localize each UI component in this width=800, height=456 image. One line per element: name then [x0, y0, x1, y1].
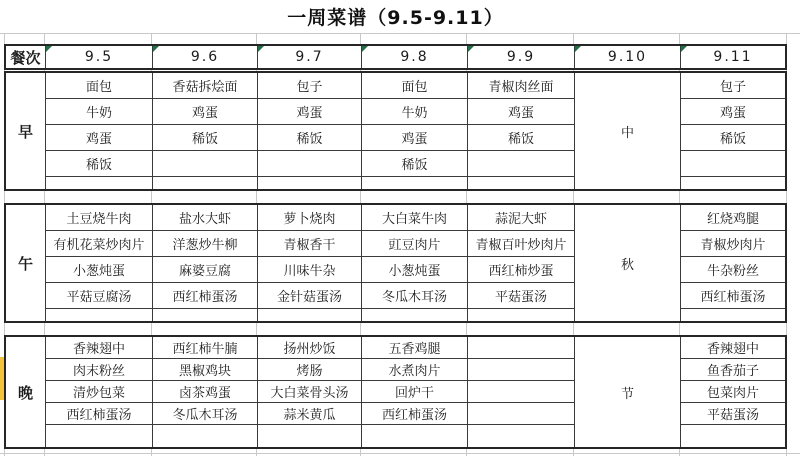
menu-cell[interactable]: 豇豆肉片 [362, 231, 468, 257]
lunch-block: 午秋土豆烧牛肉盐水大虾萝卜烧肉大白菜牛肉蒜泥大虾红烧鸡腿有机花菜炒肉片洋葱炒牛柳… [4, 203, 787, 323]
menu-cell[interactable] [258, 425, 362, 447]
breakfast-block: 早中面包香菇拆烩面包子面包青椒肉丝面包子牛奶鸡蛋鸡蛋牛奶鸡蛋鸡蛋鸡蛋稀饭稀饭鸡蛋… [4, 71, 787, 191]
menu-cell[interactable]: 包菜肉片 [681, 381, 785, 403]
menu-cell[interactable]: 萝卜烧肉 [258, 205, 362, 231]
menu-cell[interactable]: 水煮肉片 [362, 359, 468, 381]
menu-cell[interactable]: 香菇拆烩面 [153, 73, 258, 99]
header-row: 餐次9.59.69.79.89.99.109.11 [4, 44, 787, 70]
menu-cell[interactable]: 麻婆豆腐 [153, 257, 258, 283]
date-header-cell[interactable]: 9.8 [362, 46, 468, 68]
menu-cell[interactable]: 鸡蛋 [153, 99, 258, 125]
date-header-cell[interactable]: 9.10 [575, 46, 681, 68]
meal-col-header-cell[interactable]: 餐次 [6, 46, 46, 68]
date-header-cell[interactable]: 9.9 [468, 46, 575, 68]
error-indicator-icon [46, 46, 52, 52]
menu-cell[interactable]: 鸡蛋 [46, 125, 153, 151]
menu-cell[interactable]: 五香鸡腿 [362, 337, 468, 359]
menu-cell[interactable] [153, 177, 258, 189]
menu-cell[interactable]: 西红柿蛋汤 [362, 403, 468, 425]
menu-cell[interactable]: 稀饭 [362, 151, 468, 177]
menu-cell[interactable]: 川味牛杂 [258, 257, 362, 283]
menu-cell[interactable]: 回炉干 [362, 381, 468, 403]
menu-cell[interactable]: 盐水大虾 [153, 205, 258, 231]
menu-cell[interactable]: 鱼香茄子 [681, 359, 785, 381]
menu-cell[interactable]: 牛奶 [46, 99, 153, 125]
menu-cell[interactable]: 面包 [46, 73, 153, 99]
menu-cell[interactable]: 稀饭 [681, 125, 785, 151]
menu-cell[interactable]: 大白菜牛肉 [362, 205, 468, 231]
menu-cell[interactable]: 肉末粉丝 [46, 359, 153, 381]
menu-cell[interactable]: 小葱炖蛋 [46, 257, 153, 283]
error-indicator-icon [681, 46, 687, 52]
menu-cell[interactable] [153, 151, 258, 177]
menu-cell[interactable] [681, 151, 785, 177]
menu-cell[interactable] [681, 425, 785, 447]
menu-cell[interactable]: 小葱炖蛋 [362, 257, 468, 283]
menu-cell[interactable]: 平菇蛋汤 [681, 403, 785, 425]
date-header-cell[interactable]: 9.11 [681, 46, 785, 68]
menu-cell[interactable]: 西红柿蛋汤 [681, 283, 785, 309]
menu-cell[interactable] [46, 309, 153, 321]
menu-cell[interactable]: 青椒香干 [258, 231, 362, 257]
menu-cell[interactable]: 牛奶 [362, 99, 468, 125]
menu-cell[interactable]: 香辣翅中 [681, 337, 785, 359]
menu-cell[interactable]: 有机花菜炒肉片 [46, 231, 153, 257]
menu-cell[interactable] [258, 151, 362, 177]
date-header-cell[interactable]: 9.5 [46, 46, 153, 68]
error-indicator-icon [575, 46, 581, 52]
menu-cell[interactable]: 鸡蛋 [362, 125, 468, 151]
menu-cell[interactable]: 红烧鸡腿 [681, 205, 785, 231]
date-header-cell[interactable]: 9.6 [153, 46, 258, 68]
menu-cell[interactable]: 扬州炒饭 [258, 337, 362, 359]
menu-cell[interactable]: 面包 [362, 73, 468, 99]
menu-cell[interactable]: 大白菜骨头汤 [258, 381, 362, 403]
menu-cell[interactable] [153, 309, 258, 321]
menu-cell[interactable]: 卤茶鸡蛋 [153, 381, 258, 403]
menu-cell[interactable] [468, 337, 575, 359]
error-indicator-icon [258, 46, 264, 52]
menu-cell[interactable]: 土豆烧牛肉 [46, 205, 153, 231]
menu-cell[interactable]: 鸡蛋 [681, 99, 785, 125]
menu-cell[interactable]: 冬瓜木耳汤 [362, 283, 468, 309]
menu-cell[interactable] [258, 309, 362, 321]
error-indicator-icon [362, 46, 368, 52]
menu-cell[interactable]: 鸡蛋 [468, 99, 575, 125]
menu-cell[interactable]: 牛杂粉丝 [681, 257, 785, 283]
spreadsheet: 一周菜谱（9.5-9.11） 餐次9.59.69.79.89.99.109.11… [0, 0, 800, 456]
error-indicator-icon [468, 46, 474, 52]
sheet-title-cell[interactable]: 一周菜谱（9.5-9.11） [4, 0, 787, 33]
menu-cell[interactable] [468, 359, 575, 381]
date-header-cell[interactable]: 9.7 [258, 46, 362, 68]
menu-cell[interactable] [153, 425, 258, 447]
left-edge-highlight [0, 357, 4, 400]
menu-cell[interactable]: 稀饭 [258, 125, 362, 151]
menu-cell[interactable] [258, 177, 362, 189]
menu-cell[interactable] [46, 177, 153, 189]
menu-cell[interactable]: 包子 [681, 73, 785, 99]
meal-label-cell[interactable]: 午 [6, 205, 46, 321]
menu-cell[interactable]: 稀饭 [468, 125, 575, 151]
menu-cell[interactable] [362, 177, 468, 189]
menu-cell[interactable] [46, 425, 153, 447]
menu-cell[interactable]: 黑椒鸡块 [153, 359, 258, 381]
menu-cell[interactable] [468, 151, 575, 177]
menu-cell[interactable]: 蒜泥大虾 [468, 205, 575, 231]
menu-cell[interactable]: 清炒包菜 [46, 381, 153, 403]
menu-cell[interactable]: 西红柿炒蛋 [468, 257, 575, 283]
menu-cell[interactable] [681, 309, 785, 321]
error-indicator-icon [153, 46, 159, 52]
festival-merged-cell[interactable]: 秋 [575, 205, 681, 321]
menu-cell[interactable] [681, 177, 785, 189]
menu-cell[interactable]: 平菇蛋汤 [468, 283, 575, 309]
festival-merged-cell[interactable]: 中 [575, 73, 681, 189]
dinner-block: 晚节香辣翅中西红柿牛腩扬州炒饭五香鸡腿香辣翅中肉末粉丝黑椒鸡块烤肠水煮肉片鱼香茄… [4, 335, 787, 449]
menu-cell[interactable]: 冬瓜木耳汤 [153, 403, 258, 425]
menu-cell[interactable]: 包子 [258, 73, 362, 99]
menu-cell[interactable]: 青椒炒肉片 [681, 231, 785, 257]
menu-cell[interactable]: 西红柿牛腩 [153, 337, 258, 359]
menu-cell[interactable]: 金针菇蛋汤 [258, 283, 362, 309]
menu-cell[interactable] [362, 309, 468, 321]
menu-cell[interactable]: 鸡蛋 [258, 99, 362, 125]
menu-cell[interactable]: 青椒百叶炒肉片 [468, 231, 575, 257]
meal-label-cell[interactable]: 早 [6, 73, 46, 189]
menu-cell[interactable]: 西红柿蛋汤 [46, 403, 153, 425]
menu-cell[interactable]: 西红柿蛋汤 [153, 283, 258, 309]
menu-cell[interactable]: 烤肠 [258, 359, 362, 381]
menu-cell[interactable]: 平菇豆腐汤 [46, 283, 153, 309]
menu-cell[interactable]: 稀饭 [46, 151, 153, 177]
menu-cell[interactable]: 青椒肉丝面 [468, 73, 575, 99]
menu-cell[interactable] [468, 309, 575, 321]
menu-cell[interactable]: 蒜米黄瓜 [258, 403, 362, 425]
menu-cell[interactable] [362, 425, 468, 447]
menu-cell[interactable]: 洋葱炒牛柳 [153, 231, 258, 257]
menu-cell[interactable] [468, 403, 575, 425]
menu-cell[interactable]: 香辣翅中 [46, 337, 153, 359]
menu-cell[interactable] [468, 425, 575, 447]
meal-label-cell[interactable]: 晚 [6, 337, 46, 447]
menu-cell[interactable] [468, 177, 575, 189]
festival-merged-cell[interactable]: 节 [575, 337, 681, 447]
menu-cell[interactable]: 稀饭 [153, 125, 258, 151]
menu-cell[interactable] [468, 381, 575, 403]
